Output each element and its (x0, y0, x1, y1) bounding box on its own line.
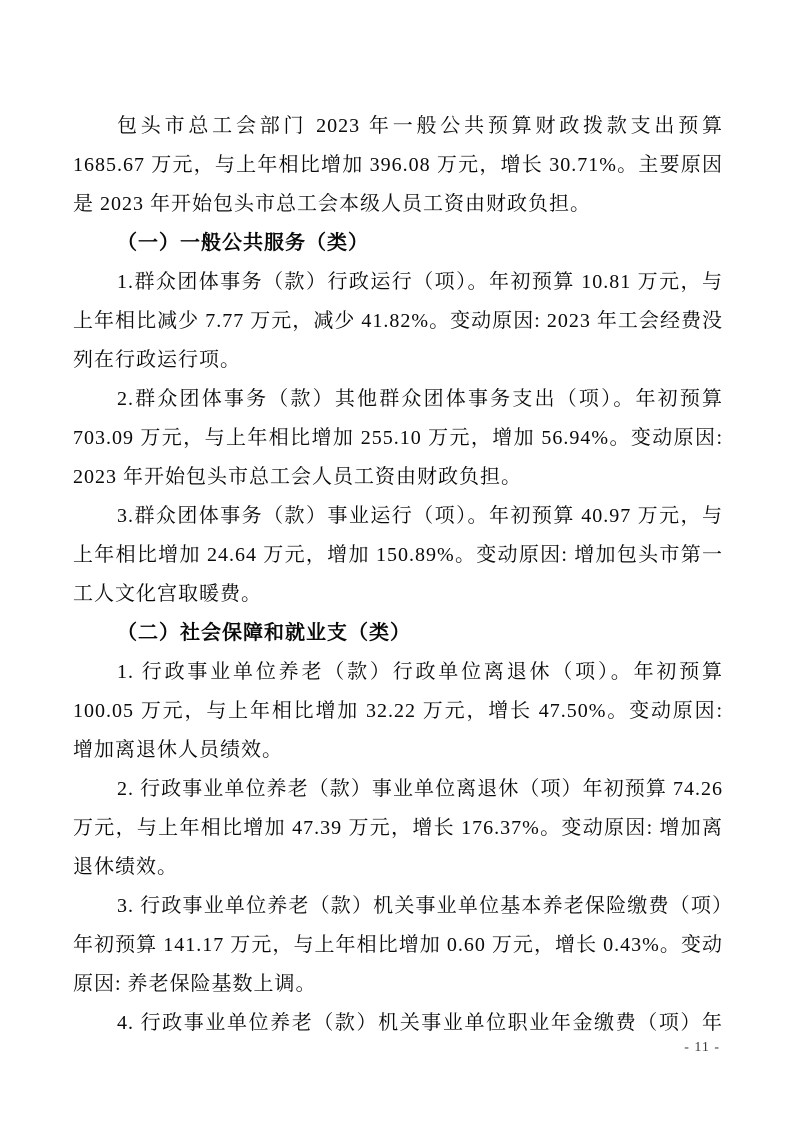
paragraph: 包头市总工会部门 2023 年一般公共预算财政拨款支出预算 1685.67 万元… (73, 107, 723, 224)
page-number: - 11 - (684, 1040, 720, 1056)
paragraph: 1. 行政事业单位养老（款）行政单位离退休（项）。年初预算 100.05 万元，… (73, 653, 723, 770)
document-body: 包头市总工会部门 2023 年一般公共预算财政拨款支出预算 1685.67 万元… (73, 107, 723, 1043)
paragraph: 3. 行政事业单位养老（款）机关事业单位基本养老保险缴费（项）年初预算 141.… (73, 887, 723, 1004)
paragraph: 4. 行政事业单位养老（款）机关事业单位职业年金缴费（项）年 (73, 1004, 723, 1043)
paragraph: 3.群众团体事务（款）事业运行（项）。年初预算 40.97 万元，与上年相比增加… (73, 497, 723, 614)
section-heading: （二）社会保障和就业支（类） (73, 614, 723, 653)
document-page: 包头市总工会部门 2023 年一般公共预算财政拨款支出预算 1685.67 万元… (0, 0, 794, 1123)
paragraph: 1.群众团体事务（款）行政运行（项）。年初预算 10.81 万元，与上年相比减少… (73, 263, 723, 380)
section-heading: （一）一般公共服务（类） (73, 224, 723, 263)
paragraph: 2.群众团体事务（款）其他群众团体事务支出（项）。年初预算 703.09 万元，… (73, 380, 723, 497)
paragraph: 2. 行政事业单位养老（款）事业单位离退休（项）年初预算 74.26 万元，与上… (73, 770, 723, 887)
